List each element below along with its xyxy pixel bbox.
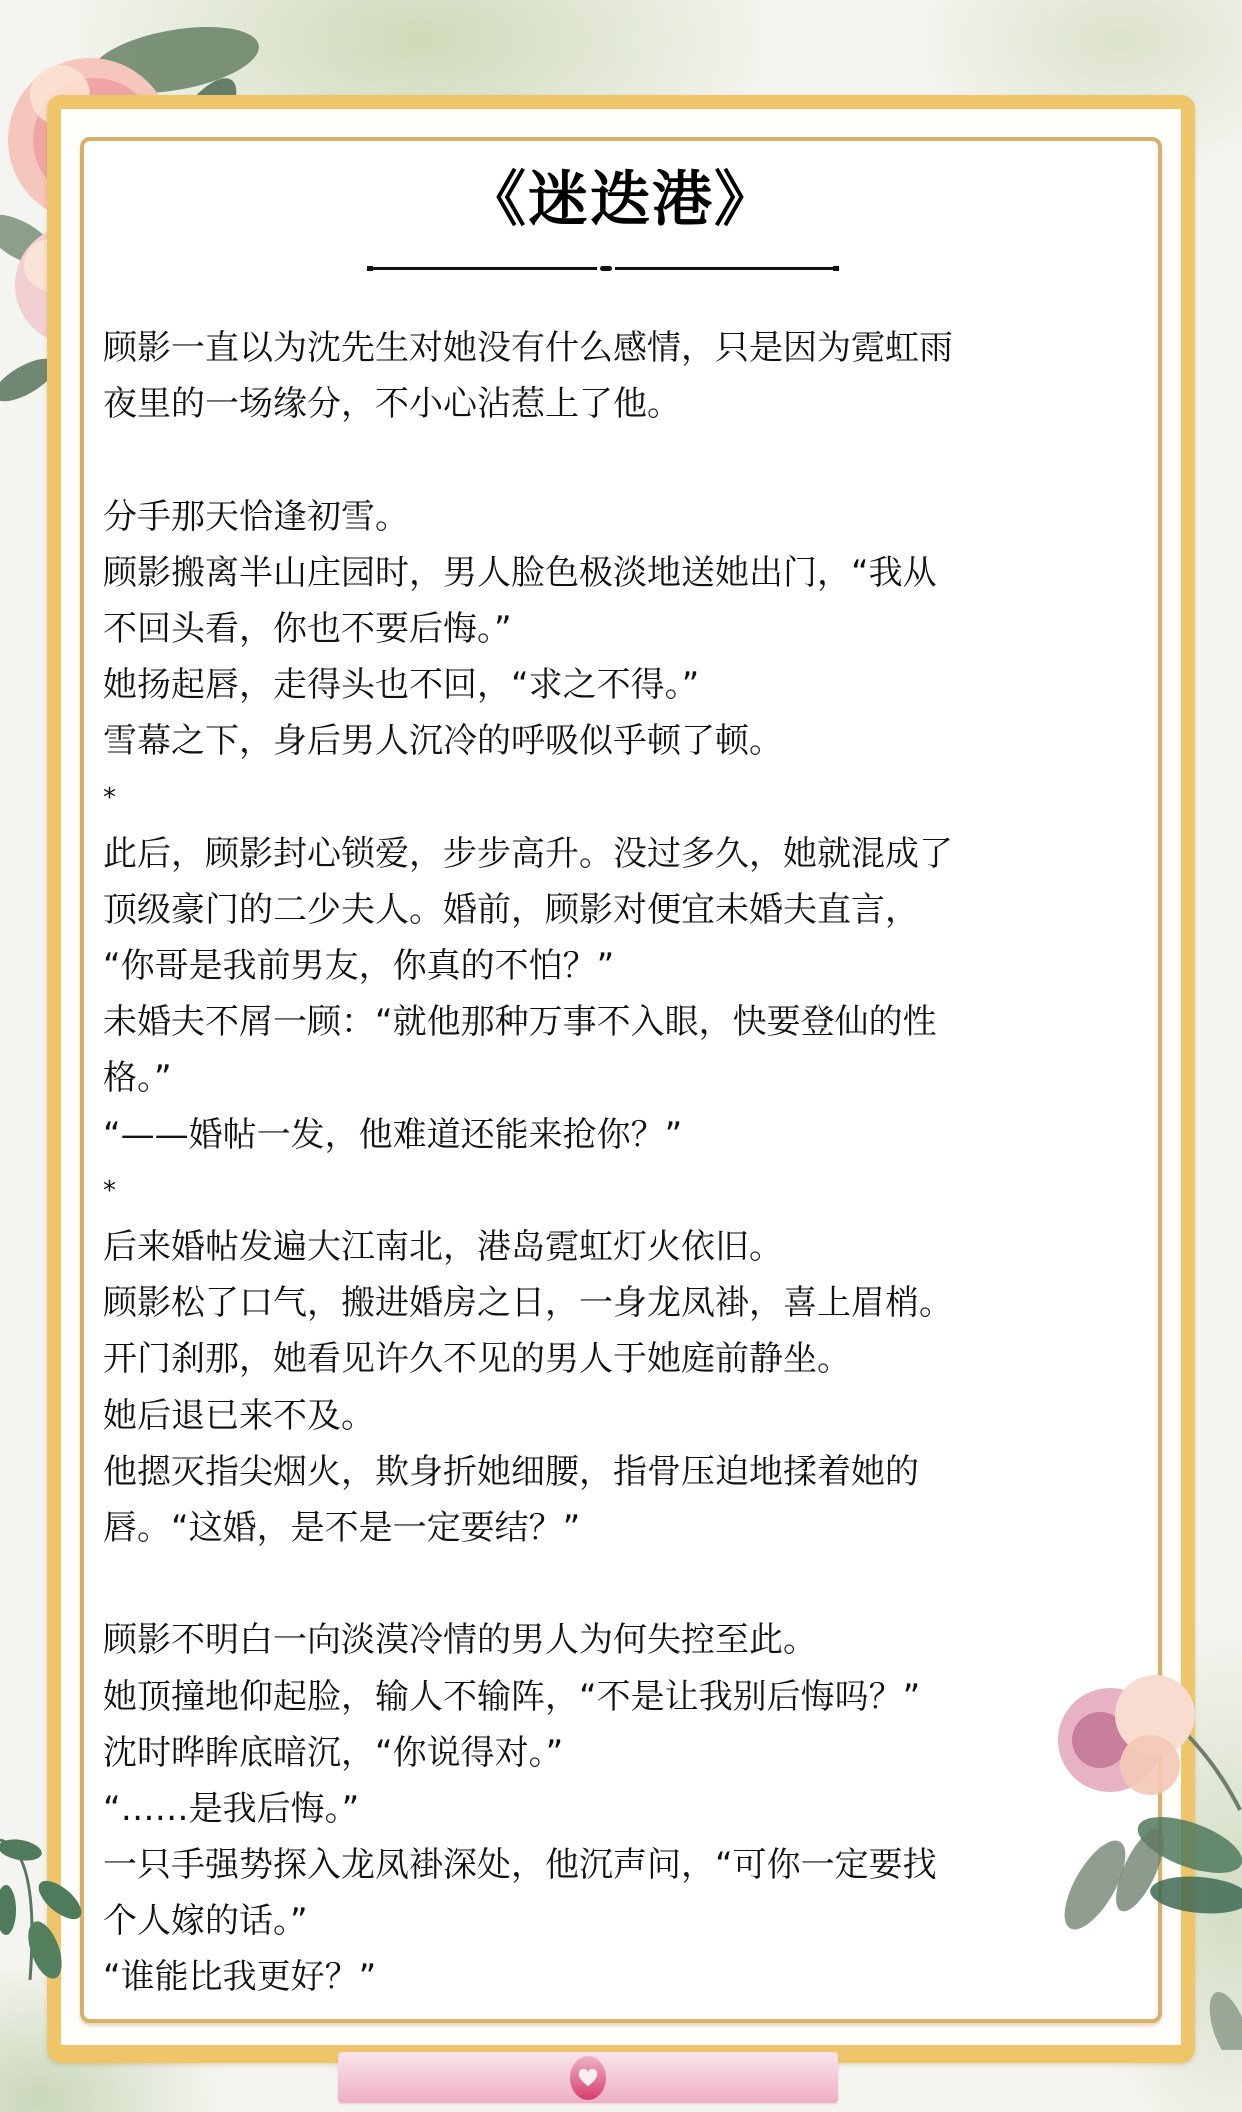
blank-line: [103, 1556, 1163, 1612]
text-line: 分手那天恰逢初雪。: [103, 489, 1163, 545]
text-line: 唇。“这婚，是不是一定要结？”: [103, 1500, 1163, 1556]
text-line: 一只手强势探入龙凤褂深处，他沉声问，“可你一定要找: [103, 1837, 1163, 1893]
title-divider: [367, 266, 839, 271]
text-line: 不回头看，你也不要后悔。”: [103, 601, 1163, 657]
text-line: 顾影不明白一向淡漠冷情的男人为何失控至此。: [103, 1612, 1163, 1668]
section-separator: *: [103, 1163, 1163, 1219]
text-line: 未婚夫不屑一顾：“就他那种万事不入眼，快要登仙的性: [103, 994, 1163, 1050]
blank-line: [103, 432, 1163, 488]
text-line: 沈时晔眸底暗沉，“你说得对。”: [103, 1725, 1163, 1781]
text-line: 个人嫁的话。”: [103, 1893, 1163, 1949]
text-line: 顾影搬离半山庄园时，男人脸色极淡地送她出门，“我从: [103, 545, 1163, 601]
text-line: 顶级豪门的二少夫人。婚前，顾影对便宜未婚夫直言，: [103, 882, 1163, 938]
text-line: “——婚帖一发，他难道还能来抢你？”: [103, 1107, 1163, 1163]
text-line: 他摁灭指尖烟火，欺身折她细腰，指骨压迫地揉着她的: [103, 1444, 1163, 1500]
text-line: 后来婚帖发遍大江南北，港岛霓虹灯火依旧。: [103, 1219, 1163, 1275]
text-line: 此后，顾影封心锁爱，步步高升。没过多久，她就混成了: [103, 826, 1163, 882]
page-title: 《迷迭港》: [0, 160, 1242, 240]
text-line: “你哥是我前男友，你真的不怕？”: [103, 938, 1163, 994]
text-line: 顾影松了口气，搬进婚房之日，一身龙凤褂，喜上眉梢。: [103, 1275, 1163, 1331]
heart-icon: [577, 2067, 599, 2089]
text-line: 顾影一直以为沈先生对她没有什么感情，只是因为霓虹雨: [103, 320, 1163, 376]
heart-button[interactable]: [570, 2056, 606, 2100]
bottom-pink-bar: [338, 2052, 838, 2103]
text-line: 她扬起唇，走得头也不回，“求之不得。”: [103, 657, 1163, 713]
section-separator: *: [103, 770, 1163, 826]
text-line: “……是我后悔。”: [103, 1781, 1163, 1837]
text-line: 雪幕之下，身后男人沉冷的呼吸似乎顿了顿。: [103, 713, 1163, 769]
text-line: 她后退已来不及。: [103, 1388, 1163, 1444]
synopsis-text: 顾影一直以为沈先生对她没有什么感情，只是因为霓虹雨 夜里的一场缘分，不小心沾惹上…: [103, 320, 1163, 2006]
text-line: 她顶撞地仰起脸，输人不输阵，“不是让我别后悔吗？”: [103, 1669, 1163, 1725]
text-line: 夜里的一场缘分，不小心沾惹上了他。: [103, 376, 1163, 432]
text-line: “谁能比我更好？”: [103, 1949, 1163, 2005]
text-line: 格。”: [103, 1050, 1163, 1106]
text-line: 开门刹那，她看见许久不见的男人于她庭前静坐。: [103, 1331, 1163, 1387]
